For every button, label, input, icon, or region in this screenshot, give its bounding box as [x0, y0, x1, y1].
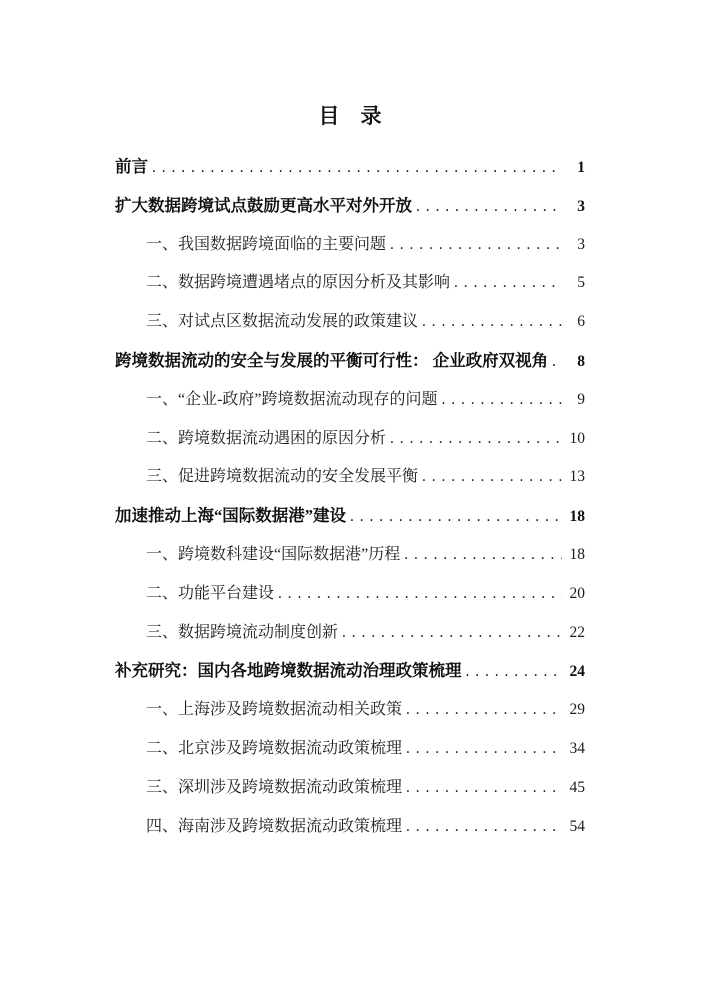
toc-entry-page: 13 [565, 458, 585, 497]
toc-entry-page: 20 [565, 575, 585, 614]
toc-entry-label: 三、数据跨境流动制度创新 [146, 614, 338, 653]
toc-entry[interactable]: 三、促进跨境数据流动的安全发展平衡 13 [115, 458, 585, 497]
toc-entry[interactable]: 二、功能平台建设 20 [115, 575, 585, 614]
toc-entry[interactable]: 跨境数据流动的安全与发展的平衡可行性： 企业政府双视角 8 [115, 342, 585, 381]
toc-dot-leader [454, 264, 562, 303]
toc-dot-leader [406, 808, 562, 847]
toc-entry-label: 一、上海涉及跨境数据流动相关政策 [146, 691, 402, 730]
toc-entry[interactable]: 一、“企业-政府”跨境数据流动现存的问题 9 [115, 381, 585, 420]
toc-entry[interactable]: 四、海南涉及跨境数据流动政策梳理 54 [115, 808, 585, 847]
toc-entry[interactable]: 扩大数据跨境试点鼓励更高水平对外开放 3 [115, 187, 585, 226]
toc-entry-label: 三、促进跨境数据流动的安全发展平衡 [146, 458, 418, 497]
toc-entry[interactable]: 二、北京涉及跨境数据流动政策梳理 34 [115, 730, 585, 769]
toc-entry[interactable]: 一、上海涉及跨境数据流动相关政策 29 [115, 691, 585, 730]
toc-entry-label: 二、北京涉及跨境数据流动政策梳理 [146, 730, 402, 769]
toc-entry-page: 54 [565, 808, 585, 847]
toc-entry-label: 补充研究：国内各地跨境数据流动治理政策梳理 [115, 652, 462, 691]
toc-entry-page: 18 [565, 536, 585, 575]
toc-entry-label: 四、海南涉及跨境数据流动政策梳理 [146, 808, 402, 847]
toc-dot-leader [390, 226, 562, 265]
toc-entry-label: 一、“企业-政府”跨境数据流动现存的问题 [146, 381, 438, 420]
toc-title: 目 录 [115, 103, 585, 129]
toc-entry[interactable]: 补充研究：国内各地跨境数据流动治理政策梳理 24 [115, 652, 585, 691]
toc-entry[interactable]: 前言 1 [115, 148, 585, 187]
toc-entry[interactable]: 加速推动上海“国际数据港”建设 18 [115, 497, 585, 536]
toc-dot-leader [406, 769, 562, 808]
toc-entry-label: 二、跨境数据流动遇困的原因分析 [146, 420, 386, 459]
toc-entry-label: 二、功能平台建设 [146, 575, 274, 614]
toc-entry-label: 二、数据跨境遭遇堵点的原因分析及其影响 [146, 264, 450, 303]
toc-entry-page: 24 [565, 653, 585, 692]
toc-entry[interactable]: 一、跨境数科建设“国际数据港”历程 18 [115, 536, 585, 575]
toc-entry-label: 三、对试点区数据流动发展的政策建议 [146, 303, 418, 342]
toc-entry-page: 6 [565, 303, 585, 342]
toc-entry-page: 3 [565, 188, 585, 227]
toc-entry-page: 34 [565, 730, 585, 769]
toc-entry[interactable]: 一、我国数据跨境面临的主要问题 3 [115, 226, 585, 265]
toc-entry-page: 29 [565, 691, 585, 730]
toc-entry[interactable]: 三、对试点区数据流动发展的政策建议 6 [115, 303, 585, 342]
toc-entry-page: 3 [565, 226, 585, 265]
toc-dot-leader [406, 691, 562, 730]
toc-dot-leader [278, 575, 562, 614]
toc-entry[interactable]: 三、数据跨境流动制度创新 22 [115, 614, 585, 653]
toc-dot-leader [422, 303, 562, 342]
toc-list: 前言 1 扩大数据跨境试点鼓励更高水平对外开放 3 一、我国数据跨境面临的主要问… [115, 148, 585, 846]
toc-dot-leader [416, 188, 562, 227]
toc-entry[interactable]: 二、数据跨境遭遇堵点的原因分析及其影响 5 [115, 264, 585, 303]
toc-entry-page: 1 [565, 149, 585, 188]
toc-entry-label: 一、我国数据跨境面临的主要问题 [146, 226, 386, 265]
toc-dot-leader [404, 536, 562, 575]
toc-entry-page: 8 [565, 343, 585, 382]
toc-entry[interactable]: 二、跨境数据流动遇困的原因分析 10 [115, 420, 585, 459]
toc-dot-leader [552, 343, 562, 382]
toc-dot-leader [390, 420, 562, 459]
toc-dot-leader [342, 614, 562, 653]
toc-entry-label: 前言 [115, 148, 148, 187]
toc-entry-page: 22 [565, 614, 585, 653]
toc-entry-label: 三、深圳涉及跨境数据流动政策梳理 [146, 769, 402, 808]
toc-entry-label: 跨境数据流动的安全与发展的平衡可行性： 企业政府双视角 [115, 342, 548, 381]
toc-entry-label: 扩大数据跨境试点鼓励更高水平对外开放 [115, 187, 412, 226]
toc-entry-page: 9 [565, 381, 585, 420]
toc-entry[interactable]: 三、深圳涉及跨境数据流动政策梳理 45 [115, 769, 585, 808]
document-page: 目 录 前言 1 扩大数据跨境试点鼓励更高水平对外开放 3 一、我国数据跨境面临… [0, 0, 710, 1003]
toc-entry-page: 5 [565, 264, 585, 303]
toc-entry-label: 加速推动上海“国际数据港”建设 [115, 497, 346, 536]
toc-entry-page: 45 [565, 769, 585, 808]
toc-dot-leader [350, 498, 562, 537]
toc-entry-label: 一、跨境数科建设“国际数据港”历程 [146, 536, 400, 575]
toc-dot-leader [442, 381, 562, 420]
toc-dot-leader [152, 149, 562, 188]
toc-entry-page: 10 [565, 420, 585, 459]
toc-dot-leader [466, 653, 563, 692]
toc-entry-page: 18 [565, 498, 585, 537]
toc-dot-leader [406, 730, 562, 769]
toc-dot-leader [422, 458, 562, 497]
